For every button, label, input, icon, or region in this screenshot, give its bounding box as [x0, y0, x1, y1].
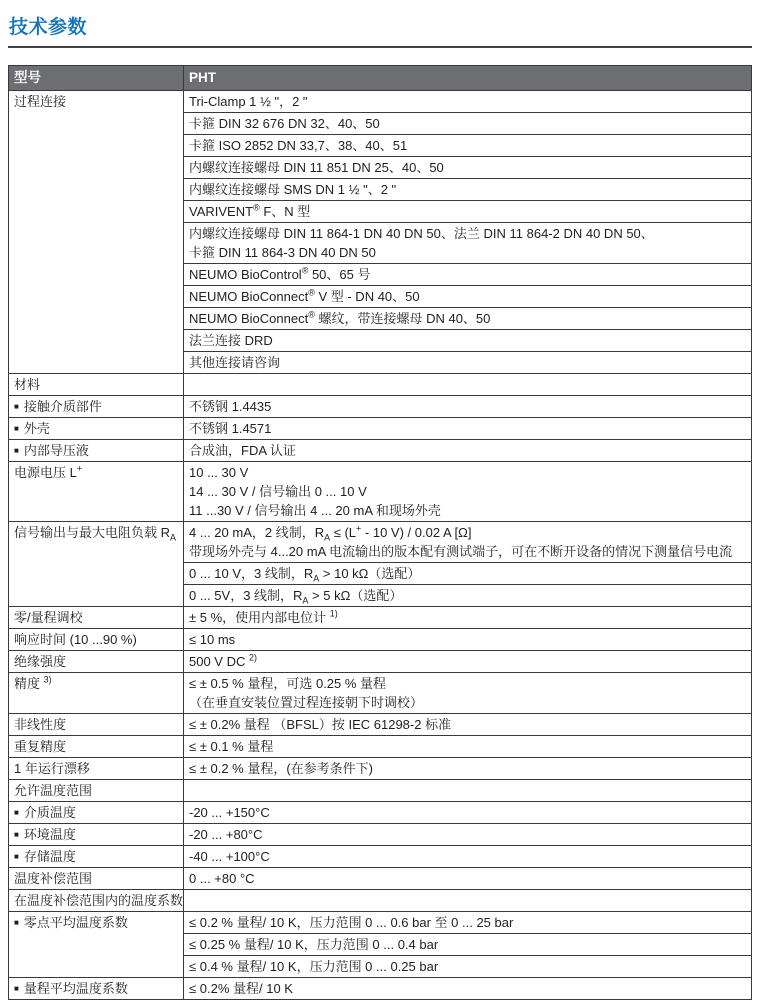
- spec-value: ≤ 0.2% 量程/ 10 K: [184, 978, 752, 1000]
- spec-label: 电源电压 L+: [9, 462, 184, 522]
- bullet-icon: ■: [14, 397, 19, 416]
- table-row: ■环境温度-20 ... +80°C: [9, 824, 752, 846]
- table-row: 零/量程调校± 5 %，使用内部电位计 1): [9, 607, 752, 629]
- spec-value: NEUMO BioConnect® V 型 - DN 40、50: [184, 286, 752, 308]
- spec-value: 卡箍 DIN 32 676 DN 32、40、50: [184, 113, 752, 135]
- header-product-column: PHT: [184, 66, 752, 91]
- spec-label: 信号输出与最大电阻负载 RA: [9, 522, 184, 607]
- spec-value: NEUMO BioConnect® 螺纹，带连接螺母 DN 40、50: [184, 308, 752, 330]
- spec-label: 绝缘强度: [9, 651, 184, 673]
- spec-label: ■环境温度: [9, 824, 184, 846]
- spec-label: 过程连接: [9, 91, 184, 374]
- bullet-icon: ■: [14, 847, 19, 866]
- spec-label: 精度 3): [9, 673, 184, 714]
- spec-value: 内螺纹连接螺母 DIN 11 864-1 DN 40 DN 50、法兰 DIN …: [184, 223, 752, 264]
- spec-value: ± 5 %，使用内部电位计 1): [184, 607, 752, 629]
- spec-value: 500 V DC 2): [184, 651, 752, 673]
- page-title: 技术参数: [9, 12, 752, 39]
- spec-value: -40 ... +100°C: [184, 846, 752, 868]
- spec-label: 响应时间 (10 ...90 %): [9, 629, 184, 651]
- specs-table-body: 过程连接Tri-Clamp 1 ½ "，2 "卡箍 DIN 32 676 DN …: [9, 91, 752, 1000]
- spec-value: 0 ... 5V，3 线制，RA > 5 kΩ（选配）: [184, 585, 752, 607]
- spec-label: 1 年运行漂移: [9, 758, 184, 780]
- spec-label: 重复精度: [9, 736, 184, 758]
- spec-value: 合成油，FDA 认证: [184, 440, 752, 462]
- spec-value: ≤ ± 0.5 % 量程，可选 0.25 % 量程（在垂直安装位置过程连接朝下时…: [184, 673, 752, 714]
- spec-value: 10 ... 30 V14 ... 30 V / 信号输出 0 ... 10 V…: [184, 462, 752, 522]
- spec-value: VARIVENT® F、N 型: [184, 201, 752, 223]
- spec-value: ≤ 10 ms: [184, 629, 752, 651]
- table-row: ■接触介质部件不锈钢 1.4435: [9, 396, 752, 418]
- table-row: 信号输出与最大电阻负载 RA4 ... 20 mA，2 线制，RA ≤ (L+ …: [9, 522, 752, 563]
- spec-label: 允许温度范围: [9, 780, 184, 802]
- spec-label: 非线性度: [9, 714, 184, 736]
- spec-label: ■存储温度: [9, 846, 184, 868]
- spec-label: ■外壳: [9, 418, 184, 440]
- table-row: 材料: [9, 374, 752, 396]
- table-row: 电源电压 L+10 ... 30 V14 ... 30 V / 信号输出 0 .…: [9, 462, 752, 522]
- spec-value: ≤ ± 0.2% 量程 （BFSL）按 IEC 61298-2 标准: [184, 714, 752, 736]
- table-row: 绝缘强度500 V DC 2): [9, 651, 752, 673]
- spec-value: NEUMO BioControl® 50、65 号: [184, 264, 752, 286]
- bullet-icon: ■: [14, 913, 19, 932]
- spec-value: 0 ... +80 °C: [184, 868, 752, 890]
- spec-value: 卡箍 ISO 2852 DN 33,7、38、40、51: [184, 135, 752, 157]
- table-row: 过程连接Tri-Clamp 1 ½ "，2 ": [9, 91, 752, 113]
- spec-label: 在温度补偿范围内的温度系数: [9, 890, 184, 912]
- spec-value: ≤ 0.2 % 量程/ 10 K，压力范围 0 ... 0.6 bar 至 0 …: [184, 912, 752, 934]
- spec-label: 温度补偿范围: [9, 868, 184, 890]
- spec-value: 其他连接请咨询: [184, 352, 752, 374]
- spec-value: 0 ... 10 V，3 线制，RA > 10 kΩ（选配）: [184, 563, 752, 585]
- spec-value: -20 ... +150°C: [184, 802, 752, 824]
- spec-label: 材料: [9, 374, 184, 396]
- bullet-icon: ■: [14, 979, 19, 998]
- table-row: ■内部导压液合成油，FDA 认证: [9, 440, 752, 462]
- bullet-icon: ■: [14, 803, 19, 822]
- spec-value: 不锈钢 1.4571: [184, 418, 752, 440]
- spec-value: 4 ... 20 mA，2 线制，RA ≤ (L+ - 10 V) / 0.02…: [184, 522, 752, 563]
- spec-label: ■零点平均温度系数: [9, 912, 184, 978]
- table-row: ■量程平均温度系数≤ 0.2% 量程/ 10 K: [9, 978, 752, 1000]
- spec-value: -20 ... +80°C: [184, 824, 752, 846]
- spec-value: 不锈钢 1.4435: [184, 396, 752, 418]
- header-model-column: 型号: [9, 66, 184, 91]
- table-row: 重复精度≤ ± 0.1 % 量程: [9, 736, 752, 758]
- spec-value: [184, 890, 752, 912]
- table-row: 精度 3)≤ ± 0.5 % 量程，可选 0.25 % 量程（在垂直安装位置过程…: [9, 673, 752, 714]
- table-row: ■外壳不锈钢 1.4571: [9, 418, 752, 440]
- table-row: ■存储温度-40 ... +100°C: [9, 846, 752, 868]
- bullet-icon: ■: [14, 825, 19, 844]
- spec-value: ≤ ± 0.2 % 量程，(在参考条件下): [184, 758, 752, 780]
- spec-label: 零/量程调校: [9, 607, 184, 629]
- table-row: 响应时间 (10 ...90 %)≤ 10 ms: [9, 629, 752, 651]
- datasheet-page: 技术参数 型号 PHT 过程连接Tri-Clamp 1 ½ "，2 "卡箍 DI…: [0, 0, 760, 1000]
- spec-label: ■接触介质部件: [9, 396, 184, 418]
- table-row: 非线性度≤ ± 0.2% 量程 （BFSL）按 IEC 61298-2 标准: [9, 714, 752, 736]
- spec-value: Tri-Clamp 1 ½ "，2 ": [184, 91, 752, 113]
- table-row: 在温度补偿范围内的温度系数: [9, 890, 752, 912]
- table-row: 1 年运行漂移≤ ± 0.2 % 量程，(在参考条件下): [9, 758, 752, 780]
- spec-value: [184, 374, 752, 396]
- spec-value: 内螺纹连接螺母 DIN 11 851 DN 25、40、50: [184, 157, 752, 179]
- specs-table: 型号 PHT 过程连接Tri-Clamp 1 ½ "，2 "卡箍 DIN 32 …: [8, 65, 752, 1000]
- spec-label: ■介质温度: [9, 802, 184, 824]
- bullet-icon: ■: [14, 419, 19, 438]
- table-header-row: 型号 PHT: [9, 66, 752, 91]
- spec-value: ≤ ± 0.1 % 量程: [184, 736, 752, 758]
- spec-value: 内螺纹连接螺母 SMS DN 1 ½ "、2 ": [184, 179, 752, 201]
- spec-value: 法兰连接 DRD: [184, 330, 752, 352]
- bullet-icon: ■: [14, 441, 19, 460]
- table-row: 允许温度范围: [9, 780, 752, 802]
- table-row: ■零点平均温度系数≤ 0.2 % 量程/ 10 K，压力范围 0 ... 0.6…: [9, 912, 752, 934]
- title-divider: [8, 46, 752, 48]
- spec-value: ≤ 0.25 % 量程/ 10 K，压力范围 0 ... 0.4 bar: [184, 934, 752, 956]
- table-row: ■介质温度-20 ... +150°C: [9, 802, 752, 824]
- spec-value: ≤ 0.4 % 量程/ 10 K，压力范围 0 ... 0.25 bar: [184, 956, 752, 978]
- spec-label: ■量程平均温度系数: [9, 978, 184, 1000]
- spec-value: [184, 780, 752, 802]
- spec-label: ■内部导压液: [9, 440, 184, 462]
- table-row: 温度补偿范围0 ... +80 °C: [9, 868, 752, 890]
